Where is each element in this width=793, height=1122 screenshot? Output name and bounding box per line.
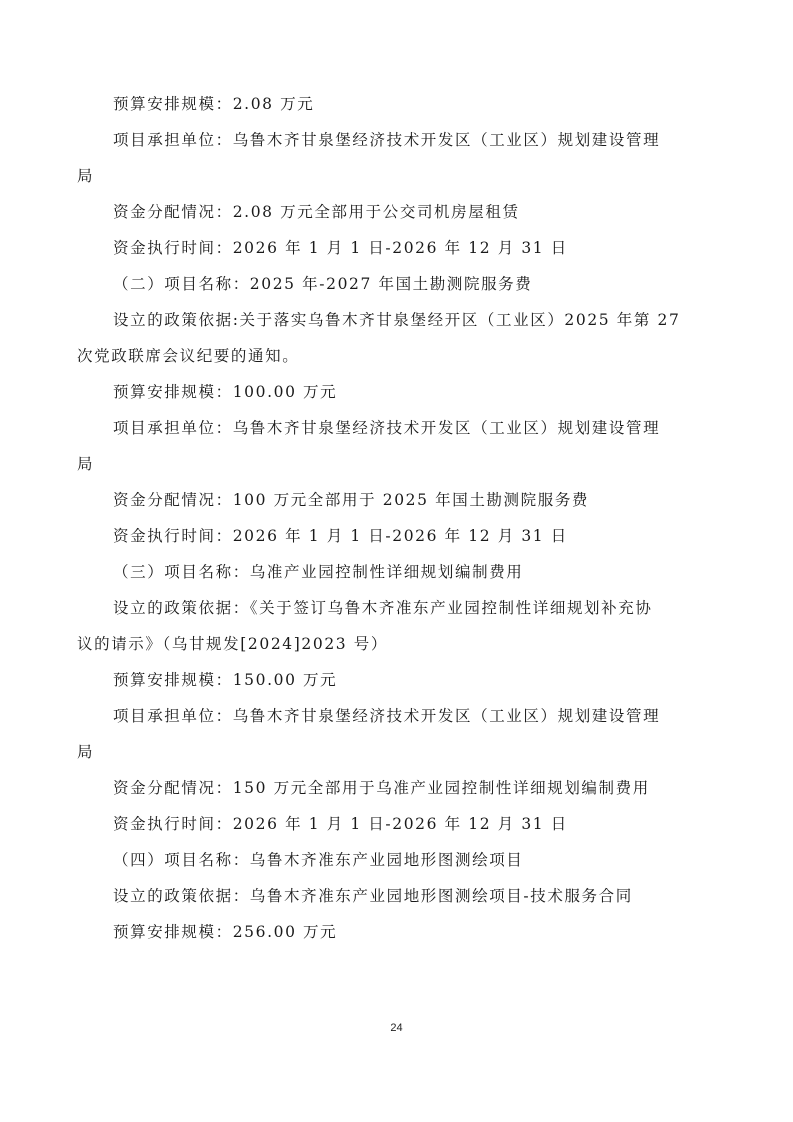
fund-allocation-line: 资金分配情况：2.08 万元全部用于公交司机房屋租赁 [77,194,709,230]
execution-time-line: 资金执行时间：2026 年 1 月 1 日-2026 年 12 月 31 日 [77,518,709,554]
execution-time-line: 资金执行时间：2026 年 1 月 1 日-2026 年 12 月 31 日 [77,806,709,842]
page-number: 24 [0,1022,793,1034]
budget-scale-line: 预算安排规模：256.00 万元 [77,914,709,950]
project-3-title: （三）项目名称：乌准产业园控制性详细规划编制费用 [77,554,709,590]
project-2-title: （二）项目名称：2025 年-2027 年国土勘测院服务费 [77,266,709,302]
fund-allocation-line: 资金分配情况：150 万元全部用于乌准产业园控制性详细规划编制费用 [77,770,709,806]
responsible-unit-continuation: 局 [77,446,709,482]
policy-basis-line: 设立的政策依据：《关于签订乌鲁木齐准东产业园控制性详细规划补充协 [77,590,709,626]
policy-basis-line: 设立的政策依据:关于落实乌鲁木齐甘泉堡经开区（工业区）2025 年第 27 [77,302,709,338]
project-4-title: （四）项目名称：乌鲁木齐准东产业园地形图测绘项目 [77,842,709,878]
policy-basis-continuation: 议的请示》（乌甘规发[2024]2023 号） [77,626,709,662]
policy-basis-continuation: 次党政联席会议纪要的通知。 [77,338,709,374]
responsible-unit-continuation: 局 [77,734,709,770]
document-page: 预算安排规模：2.08 万元 项目承担单位：乌鲁木齐甘泉堡经济技术开发区（工业区… [0,0,793,1122]
budget-scale-line: 预算安排规模：2.08 万元 [77,86,709,122]
responsible-unit-line: 项目承担单位：乌鲁木齐甘泉堡经济技术开发区（工业区）规划建设管理 [77,410,709,446]
fund-allocation-line: 资金分配情况：100 万元全部用于 2025 年国土勘测院服务费 [77,482,709,518]
responsible-unit-line: 项目承担单位：乌鲁木齐甘泉堡经济技术开发区（工业区）规划建设管理 [77,122,709,158]
responsible-unit-line: 项目承担单位：乌鲁木齐甘泉堡经济技术开发区（工业区）规划建设管理 [77,698,709,734]
policy-basis-line: 设立的政策依据：乌鲁木齐准东产业园地形图测绘项目-技术服务合同 [77,878,709,914]
page-body: 预算安排规模：2.08 万元 项目承担单位：乌鲁木齐甘泉堡经济技术开发区（工业区… [77,86,709,950]
budget-scale-line: 预算安排规模：100.00 万元 [77,374,709,410]
responsible-unit-continuation: 局 [77,158,709,194]
budget-scale-line: 预算安排规模：150.00 万元 [77,662,709,698]
execution-time-line: 资金执行时间：2026 年 1 月 1 日-2026 年 12 月 31 日 [77,230,709,266]
